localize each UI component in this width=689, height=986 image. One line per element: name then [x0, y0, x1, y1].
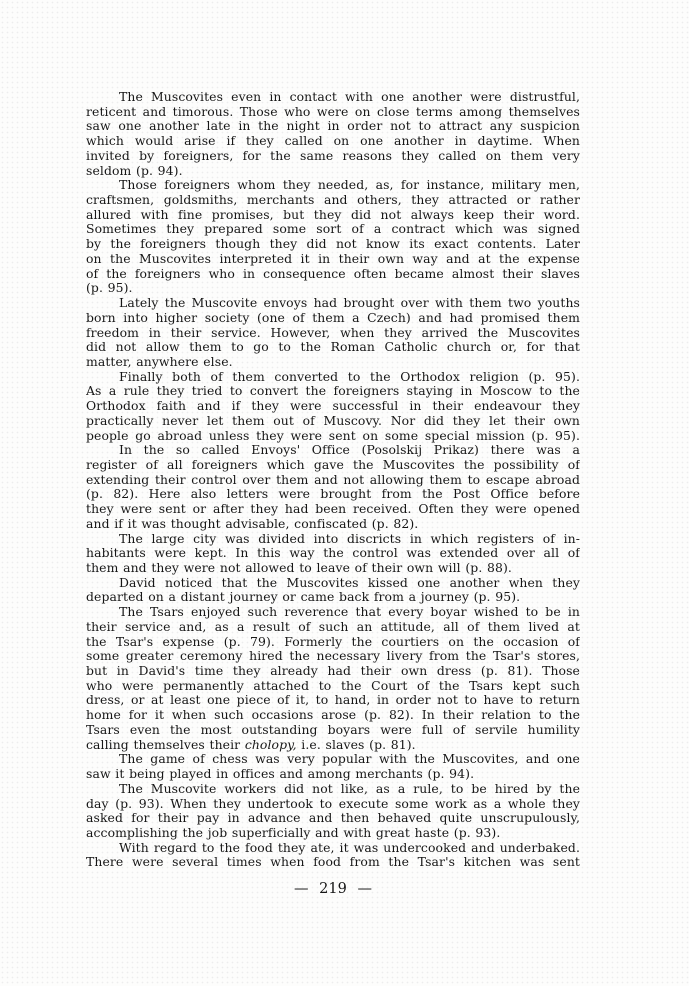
- text-run: asked for their pay in advance and then …: [86, 811, 580, 825]
- text-run: did not allow them to go to the Roman Ca…: [86, 340, 580, 354]
- text-line: some greater ceremony hired the necessar…: [86, 649, 580, 664]
- text-run: day (p. 93). When they undertook to exec…: [86, 797, 580, 811]
- text-run: craftsmen, goldsmiths, merchants and oth…: [86, 193, 580, 207]
- text-line: (p. 82). Here also letters were brought …: [86, 487, 580, 502]
- text-run: but in David's time they already had the…: [86, 664, 580, 678]
- text-line: The Muscovite workers did not like, as a…: [86, 782, 580, 797]
- text-run: Lately the Muscovite envoys had brought …: [119, 296, 580, 310]
- text-run: Tsars even the most outstanding boyars w…: [86, 723, 580, 737]
- text-line: The game of chess was very popular with …: [86, 752, 580, 767]
- text-line: Sometimes they prepared some sort of a c…: [86, 222, 580, 237]
- text-line: craftsmen, goldsmiths, merchants and oth…: [86, 193, 580, 208]
- page-text-block: The Muscovites even in contact with one …: [86, 90, 580, 870]
- text-line: who were permanently attached to the Cou…: [86, 679, 580, 694]
- text-run: freedom in their service. However, when …: [86, 326, 580, 340]
- text-run: invited by foreigners, for the same reas…: [86, 149, 580, 163]
- scanned-book-page: The Muscovites even in contact with one …: [0, 0, 689, 986]
- text-line: born into higher society (one of them a …: [86, 311, 580, 326]
- text-line: on the Muscovites interpreted it in thei…: [86, 252, 580, 267]
- text-line: their service and, as a result of such a…: [86, 620, 580, 635]
- text-line: dress, or at least one piece of it, to h…: [86, 693, 580, 708]
- italic-text: cholopy,: [245, 738, 297, 752]
- text-run: Those foreigners whom they needed, as, f…: [119, 178, 580, 192]
- text-run: their service and, as a result of such a…: [86, 620, 580, 634]
- text-run: Finally both of them converted to the Or…: [119, 370, 580, 384]
- text-run: saw one another late in the night in ord…: [86, 119, 580, 133]
- text-run: seldom (p. 94).: [86, 164, 183, 178]
- text-run: some greater ceremony hired the necessar…: [86, 649, 580, 663]
- text-line: the Tsar's expense (p. 79). Formerly the…: [86, 635, 580, 650]
- text-run: reticent and timorous. Those who were on…: [86, 105, 580, 119]
- text-run: In the so called Envoys' Office (Posolsk…: [119, 443, 580, 457]
- text-line: practically never let them out of Muscov…: [86, 414, 580, 429]
- text-line: which would arise if they called on one …: [86, 134, 580, 149]
- text-line: freedom in their service. However, when …: [86, 326, 580, 341]
- text-run: which would arise if they called on one …: [86, 134, 580, 148]
- text-run: matter, anywhere else.: [86, 355, 233, 369]
- text-line: saw one another late in the night in ord…: [86, 119, 580, 134]
- text-line: did not allow them to go to the Roman Ca…: [86, 340, 580, 355]
- text-line: saw it being played in offices and among…: [86, 767, 580, 782]
- text-line: by the foreigners though they did not kn…: [86, 237, 580, 252]
- text-line: (p. 95).: [86, 281, 580, 296]
- text-run: Orthodox faith and if they were successf…: [86, 399, 580, 413]
- text-run: The Tsars enjoyed such reverence that ev…: [119, 605, 580, 619]
- text-line: them and they were not allowed to leave …: [86, 561, 580, 576]
- text-run: people go abroad unless they were sent o…: [86, 429, 580, 443]
- text-line: but in David's time they already had the…: [86, 664, 580, 679]
- text-line: The Muscovites even in contact with one …: [86, 90, 580, 105]
- text-run: (p. 82). Here also letters were brought …: [86, 487, 580, 501]
- text-line: invited by foreigners, for the same reas…: [86, 149, 580, 164]
- text-run: by the foreigners though they did not kn…: [86, 237, 580, 251]
- text-run: With regard to the food they ate, it was…: [119, 841, 580, 855]
- text-run: saw it being played in offices and among…: [86, 767, 474, 781]
- text-line: Lately the Muscovite envoys had brought …: [86, 296, 580, 311]
- text-line: habitants were kept. In this way the con…: [86, 546, 580, 561]
- text-run: who were permanently attached to the Cou…: [86, 679, 580, 693]
- text-line: home for it when such occasions arose (p…: [86, 708, 580, 723]
- text-line: departed on a distant journey or came ba…: [86, 590, 580, 605]
- text-run: home for it when such occasions arose (p…: [86, 708, 580, 722]
- text-run: Sometimes they prepared some sort of a c…: [86, 222, 580, 236]
- text-line: reticent and timorous. Those who were on…: [86, 105, 580, 120]
- text-line: The large city was divided into discrict…: [86, 532, 580, 547]
- text-run: the Tsar's expense (p. 79). Formerly the…: [86, 635, 580, 649]
- text-line: Those foreigners whom they needed, as, f…: [86, 178, 580, 193]
- text-run: The game of chess was very popular with …: [119, 752, 580, 766]
- text-run: and if it was thought advisable, confisc…: [86, 517, 418, 531]
- text-line: There were several times when food from …: [86, 855, 580, 870]
- page-number: — 219 —: [86, 881, 580, 897]
- text-run: There were several times when food from …: [86, 855, 580, 869]
- text-line: calling themselves their cholopy, i.e. s…: [86, 738, 580, 753]
- text-line: Finally both of them converted to the Or…: [86, 370, 580, 385]
- text-line: allured with fine promises, but they did…: [86, 208, 580, 223]
- text-run: dress, or at least one piece of it, to h…: [86, 693, 580, 707]
- text-line: seldom (p. 94).: [86, 164, 580, 179]
- text-line: In the so called Envoys' Office (Posolsk…: [86, 443, 580, 458]
- text-run: The Muscovites even in contact with one …: [119, 90, 580, 104]
- text-line: register of all foreigners which gave th…: [86, 458, 580, 473]
- text-line: day (p. 93). When they undertook to exec…: [86, 797, 580, 812]
- text-run: they were sent or after they had been re…: [86, 502, 580, 516]
- text-run: i.e. slaves (p. 81).: [297, 738, 416, 752]
- text-line: they were sent or after they had been re…: [86, 502, 580, 517]
- text-run: extending their control over them and no…: [86, 473, 580, 487]
- text-run: The Muscovite workers did not like, as a…: [119, 782, 580, 796]
- text-line: The Tsars enjoyed such reverence that ev…: [86, 605, 580, 620]
- text-run: allured with fine promises, but they did…: [86, 208, 580, 222]
- text-line: With regard to the food they ate, it was…: [86, 841, 580, 856]
- text-run: calling themselves their: [86, 738, 245, 752]
- text-line: David noticed that the Muscovites kissed…: [86, 576, 580, 591]
- text-line: matter, anywhere else.: [86, 355, 580, 370]
- text-run: David noticed that the Muscovites kissed…: [119, 576, 580, 590]
- text-run: The large city was divided into discrict…: [119, 532, 580, 546]
- text-line: extending their control over them and no…: [86, 473, 580, 488]
- text-run: habitants were kept. In this way the con…: [86, 546, 580, 560]
- text-run: (p. 95).: [86, 281, 133, 295]
- text-run: them and they were not allowed to leave …: [86, 561, 512, 575]
- text-run: accomplishing the job superficially and …: [86, 826, 500, 840]
- text-run: practically never let them out of Muscov…: [86, 414, 580, 428]
- text-run: born into higher society (one of them a …: [86, 311, 580, 325]
- text-line: accomplishing the job superficially and …: [86, 826, 580, 841]
- text-line: people go abroad unless they were sent o…: [86, 429, 580, 444]
- text-line: and if it was thought advisable, confisc…: [86, 517, 580, 532]
- text-run: As a rule they tried to convert the fore…: [86, 384, 580, 398]
- text-line: asked for their pay in advance and then …: [86, 811, 580, 826]
- text-run: of the foreigners who in consequence oft…: [86, 267, 580, 281]
- text-line: of the foreigners who in consequence oft…: [86, 267, 580, 282]
- text-run: register of all foreigners which gave th…: [86, 458, 580, 472]
- text-run: departed on a distant journey or came ba…: [86, 590, 520, 604]
- text-line: Orthodox faith and if they were successf…: [86, 399, 580, 414]
- text-line: As a rule they tried to convert the fore…: [86, 384, 580, 399]
- text-line: Tsars even the most outstanding boyars w…: [86, 723, 580, 738]
- text-run: on the Muscovites interpreted it in thei…: [86, 252, 580, 266]
